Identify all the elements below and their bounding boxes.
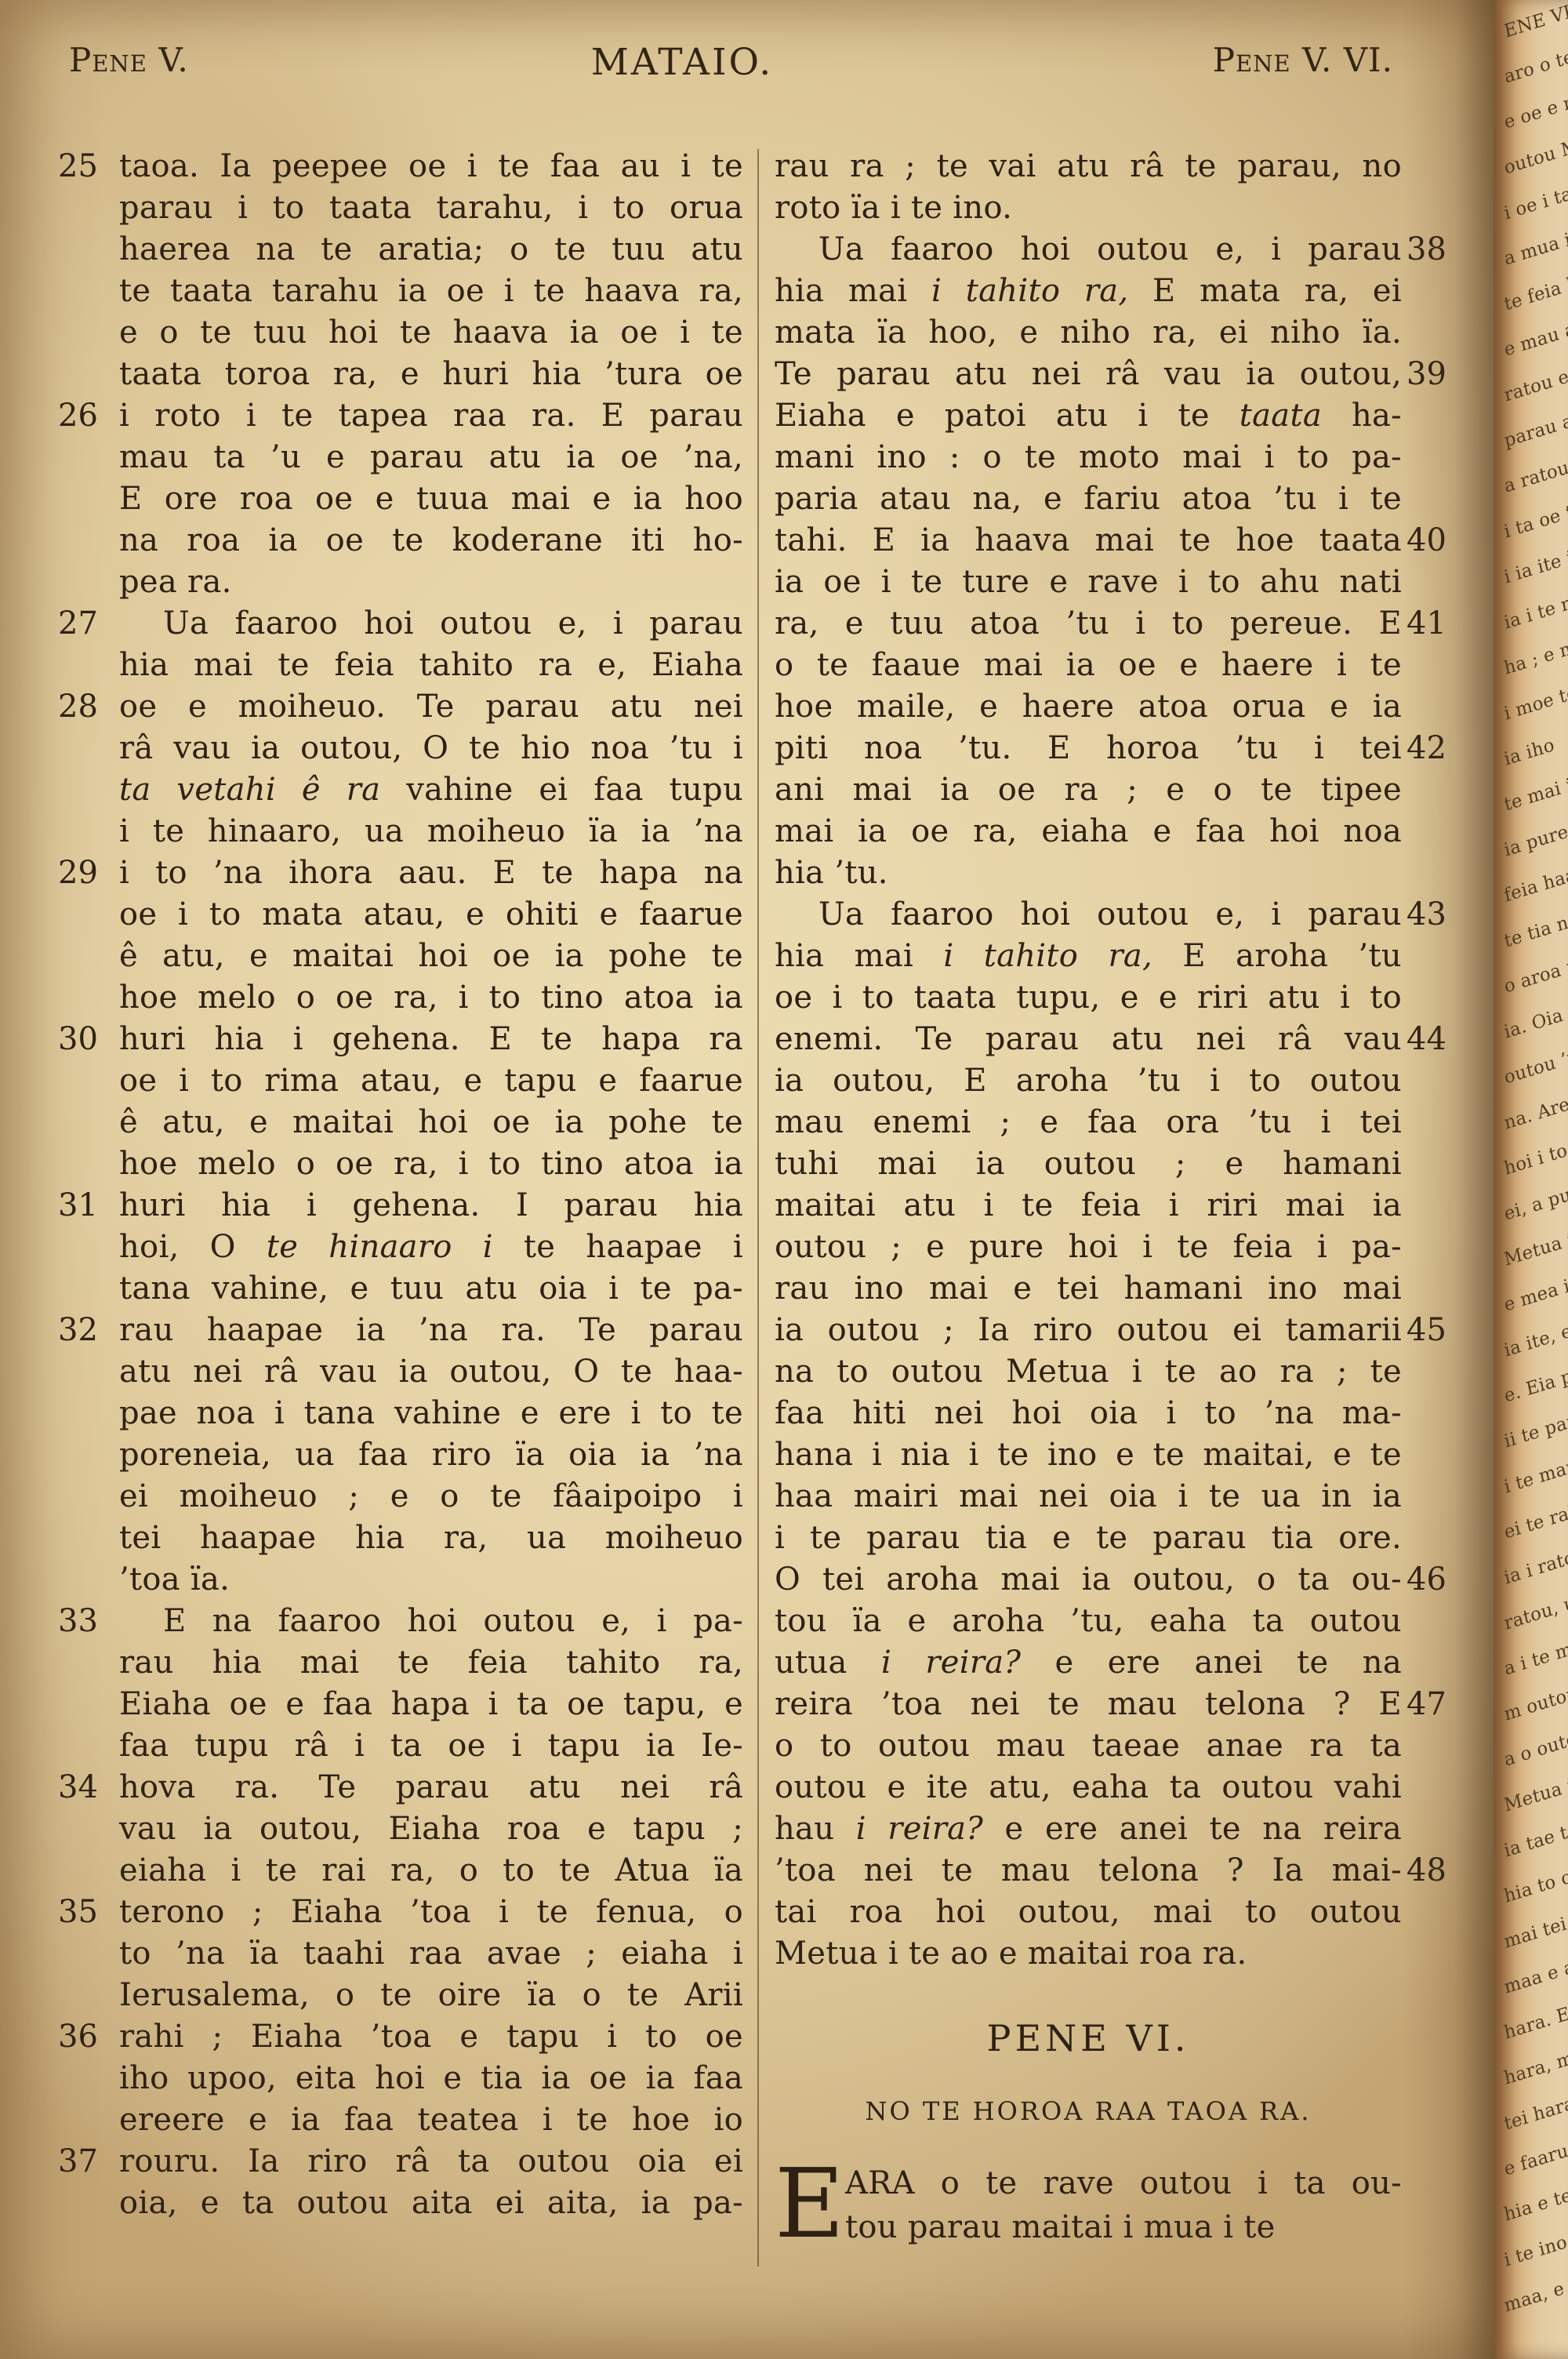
text-run: ia outou, E aroha ’tu i to outou — [775, 1063, 1402, 1099]
text-run: atu nei râ vau ia outou, O te haa- — [119, 1354, 743, 1390]
text-line: hia mai i tahito ra, E mata ra, ei — [775, 271, 1402, 312]
text-run: o te faaue mai ia oe e haere i te — [775, 647, 1402, 683]
edge-text-fragment: ratou e te ta — [1502, 352, 1568, 406]
text-line: 32rau haapae ia ’na ra. Te parau — [119, 1310, 743, 1351]
text-run: utua — [775, 1645, 881, 1681]
edge-text-fragment: te mai ia — [1502, 772, 1568, 816]
edge-text-fragment: ia tae to oe — [1502, 1811, 1568, 1862]
verse-number: 26 — [58, 395, 114, 437]
text-line: mata ïa hoo, e niho ra, ei niho ïa. — [775, 312, 1402, 354]
text-run: ’toa nei te mau telona ? Ia mai- — [775, 1852, 1402, 1888]
text-run: parau i to taata tarahu, i to orua — [119, 190, 743, 226]
text-run: outou e ite atu, eaha ta outou vahi — [775, 1769, 1402, 1805]
text-line: vau ia outou, Eiaha roa e tapu ; — [119, 1808, 743, 1850]
text-line: mau ta ’u e parau atu ia oe ’na, — [119, 437, 743, 478]
text-line: hoe maile, e haere atoa orua e ia — [775, 686, 1402, 728]
edge-text-fragment: ENE VI. — [1502, 0, 1568, 42]
edge-text-fragment: te tia noa — [1502, 906, 1568, 952]
text-line: outou ; e pure hoi i te feia i pa- — [775, 1227, 1402, 1268]
text-run: huri hia i gehena. I parau hia — [119, 1187, 743, 1223]
drop-cap-lines: ARA o te rave outou i ta ou-tou parau ma… — [845, 2161, 1402, 2249]
verse-number: 25 — [58, 146, 114, 187]
text-run: rau ra ; te vai atu râ te parau, no — [775, 148, 1402, 184]
italic-text-run: i tahito ra, — [931, 273, 1128, 309]
text-line: faa hiti nei hoi oia i to ’na ma- — [775, 1393, 1402, 1434]
text-run: rahi ; Eiaha ’toa e tapu i to oe — [119, 2019, 743, 2055]
text-line: hoe melo o oe ra, i to tino atoa ia — [119, 1143, 743, 1185]
edge-text-fragment: outou Metua — [1502, 124, 1568, 179]
text-line: eiaha i te rai ra, o to te Atua ïa — [119, 1850, 743, 1892]
text-run: piti noa ’tu. E horoa ’tu i tei — [775, 730, 1402, 766]
text-run: tuhi mai ia outou ; e hamani — [775, 1146, 1402, 1182]
text-run: o to outou mau taeae anae ra ta — [775, 1728, 1402, 1764]
edge-text-fragment: e mau aroa — [1502, 310, 1568, 361]
text-run: Ua faaroo hoi outou e, i parau — [818, 231, 1402, 267]
text-run: Eiaha oe e faa hapa i ta oe tapu, e — [119, 1686, 743, 1722]
text-line: tuhi mai ia outou ; e hamani — [775, 1143, 1402, 1185]
text-line: rau ino mai e tei hamani ino mai — [775, 1268, 1402, 1310]
text-line: 30huri hia i gehena. E te hapa ra — [119, 1019, 743, 1060]
text-run: pea ra. — [119, 564, 232, 600]
text-line: 39Te parau atu nei râ vau ia outou, — [775, 354, 1402, 395]
text-run: mai ia oe ra, eiaha e faa hoi noa — [775, 813, 1402, 849]
edge-text-fragment: feia haava — [1502, 858, 1568, 906]
text-line: tei haapae hia ra, ua moiheuo — [119, 1518, 743, 1559]
text-run: taata toroa ra, e huri hia ’tura oe — [119, 356, 743, 392]
text-line: 40tahi. E ia haava mai te hoe taata — [775, 520, 1402, 562]
text-line: oe i to mata atau, e ohiti e faarue — [119, 894, 743, 936]
running-head-left: Pene V. — [69, 41, 189, 79]
text-run: rau ino mai e tei hamani ino mai — [775, 1270, 1402, 1307]
text-run: ha- — [1322, 398, 1402, 434]
text-line: poreneia, ua faa riro ïa oia ia ’na — [119, 1434, 743, 1476]
edge-text-fragment: m outou i — [1502, 1679, 1568, 1725]
text-line: parau i to taata tarahu, i to orua — [119, 187, 743, 229]
text-line: haerea na te aratia; o te tuu atu — [119, 229, 743, 271]
italic-text-run: i tahito ra, — [943, 938, 1152, 974]
text-run: enemi. Te parau atu nei râ vau — [775, 1021, 1402, 1057]
text-run: e o te tuu hoi te haava ia oe i te — [119, 314, 743, 351]
text-line: outou e ite atu, eaha ta outou vahi — [775, 1767, 1402, 1808]
text-line: ia oe i te ture e rave i to ahu nati — [775, 562, 1402, 603]
text-line: maitai atu i te feia i riri mai ia — [775, 1185, 1402, 1227]
text-run: Ua faaroo hoi outou e, i parau — [818, 896, 1402, 932]
edge-text-fragment: mai tei te ao — [1502, 1899, 1568, 1953]
text-run: Metua i te ao e maitai roa ra. — [775, 1936, 1247, 1972]
text-line: râ vau ia outou, O te hio noa ’tu i — [119, 728, 743, 769]
edge-text-fragment: ia iho — [1502, 735, 1556, 770]
text-run: reira ’toa nei te mau telona ? E — [775, 1686, 1402, 1722]
text-line: 35terono ; Eiaha ’toa i te fenua, o — [119, 1892, 743, 1933]
text-run: ia outou ; Ia riro outou ei tamarii — [775, 1312, 1402, 1348]
text-line: taata toroa ra, e huri hia ’tura oe — [119, 354, 743, 395]
text-run: Ierusalema, o te oire ïa o te Arii — [119, 1977, 743, 2013]
text-line: i te hinaaro, ua moiheuo ïa ia ’na — [119, 811, 743, 852]
verse-number: 34 — [58, 1767, 114, 1808]
edge-text-fragment: i oe i ta o — [1502, 179, 1568, 224]
text-run: hoe melo o oe ra, i to tino atoa ia — [119, 980, 743, 1016]
text-run: mata ïa hoo, e niho ra, ei niho ïa. — [775, 314, 1402, 351]
text-run: ei moiheuo ; e o te fâaipoipo i — [119, 1478, 743, 1514]
text-run: oe i to taata tupu, e e riri atu i to — [775, 980, 1402, 1016]
text-line: o te faaue mai ia oe e haere i te — [775, 645, 1402, 686]
text-run: hoe melo o oe ra, i to tino atoa ia — [119, 1146, 743, 1182]
edge-text-fragment: parau atu ia — [1502, 398, 1568, 452]
text-run: taoa. Ia peepee oe i te faa au i te — [119, 148, 743, 184]
text-run: ê atu, e maitai hoi oe ia pohe te — [119, 1104, 743, 1140]
text-line: pea ra. — [119, 562, 743, 603]
verse-number: 35 — [58, 1892, 114, 1933]
edge-text-fragment: i te ino. N — [1502, 2224, 1568, 2271]
edge-text-fragment: ia. Oia n — [1502, 1000, 1568, 1043]
text-run: ra, e tuu atoa ’tu i to pereue. E — [775, 605, 1402, 642]
text-line: pae noa i tana vahine e ere i to te — [119, 1393, 743, 1434]
text-line: Ierusalema, o te oire ïa o te Arii — [119, 1975, 743, 2016]
text-run: hia ’tu. — [775, 855, 888, 891]
text-run: Ua faaroo hoi outou e, i parau — [163, 605, 743, 642]
running-head-title: MATAIO. — [549, 41, 815, 84]
edge-text-fragment: i ta oe taoa — [1502, 492, 1568, 543]
text-run: tou parau maitai i mua i te — [845, 2209, 1276, 2245]
text-run: i te hinaaro, ua moiheuo ïa ia ’na — [119, 813, 743, 849]
text-line: oe i to taata tupu, e e riri atu i to — [775, 977, 1402, 1019]
text-line: Metua i te ao e maitai roa ra. — [775, 1933, 1402, 1975]
edge-text-fragment: ia i ratou, — [1502, 1542, 1568, 1589]
edge-text-fragment: i ia ite i te — [1502, 540, 1568, 588]
text-line: ARA o te rave outou i ta ou- — [845, 2161, 1402, 2205]
text-line: 25taoa. Ia peepee oe i te faa au i te — [119, 146, 743, 187]
text-line: oe i to rima atau, e tapu e faarue — [119, 1060, 743, 1102]
edge-text-fragment: o aroa ra, — [1502, 951, 1568, 997]
edge-text-fragment: e mea ia ’n — [1502, 1266, 1568, 1316]
curled-next-page: ENE VI.aro o te taate oe e noaaoutou Met… — [1494, 0, 1568, 2359]
text-run: ARA o te rave outou i ta ou- — [845, 2165, 1402, 2201]
edge-text-fragment: hia to oe hi — [1502, 1856, 1568, 1907]
text-line: ’toa ïa. — [119, 1559, 743, 1601]
text-line: 43Ua faaroo hoi outou e, i parau — [775, 894, 1402, 936]
text-run: oe i to rima atau, e tapu e faarue — [119, 1063, 743, 1099]
right-column-lines: rau ra ; te vai atu râ te parau, noroto … — [775, 146, 1402, 1975]
edge-text-fragment: i te mau E — [1502, 1449, 1568, 1497]
text-run: tai roa hoi outou, mai to outou — [775, 1894, 1402, 1930]
edge-text-fragment: ia pure h — [1502, 816, 1568, 861]
text-line: haa mairi mai nei oia i te ua in ia — [775, 1476, 1402, 1518]
text-line: utua i reira? e ere anei te na — [775, 1642, 1402, 1684]
text-line: na to outou Metua i te ao ra ; te — [775, 1351, 1402, 1393]
text-line: 41ra, e tuu atoa ’tu i to pereue. E — [775, 603, 1402, 645]
text-run: faa tupu râ i ta oe i tapu ia Ie- — [119, 1728, 743, 1764]
text-run: e ere anei te na reira — [983, 1811, 1402, 1847]
text-line: hoe melo o oe ra, i to tino atoa ia — [119, 977, 743, 1019]
edge-text-fragment: maa e au ia — [1502, 1946, 1568, 1998]
text-line: paria atau na, e fariu atoa ’tu i te — [775, 478, 1402, 520]
verse-number: 28 — [58, 686, 114, 728]
verse-number: 37 — [58, 2141, 114, 2183]
text-line: te taata tarahu ia oe i te haava ra, — [119, 271, 743, 312]
text-run: to ’na ïa taahi raa avae ; eiaha i — [119, 1936, 743, 1972]
text-run: mau ta ’u e parau atu ia oe ’na, — [119, 439, 743, 475]
text-run: iho upoo, eita hoi e tia ia oe ia faa — [119, 2060, 743, 2096]
text-run: hia mai te feia tahito ra e, Eiaha — [119, 647, 743, 683]
edge-text-fragment: hoi i to pih — [1502, 1130, 1568, 1179]
verse-number: 36 — [58, 2016, 114, 2058]
edge-text-fragment: ha ; e m — [1502, 637, 1568, 679]
text-run: te taata tarahu ia oe i te haava ra, — [119, 273, 743, 309]
text-line: ê atu, e maitai hoi oe ia pohe te — [119, 936, 743, 977]
text-run: i te parau tia e te parau tia ore. — [775, 1520, 1402, 1556]
edge-text-fragment: maa, e te h — [1502, 2266, 1568, 2316]
column-divider-rule — [757, 149, 759, 2266]
text-run: mau enemi ; e faa ora ’tu i tei — [775, 1104, 1402, 1140]
text-run: huri hia i gehena. E te hapa ra — [119, 1021, 743, 1057]
text-line: 45ia outou ; Ia riro outou ei tamarii — [775, 1310, 1402, 1351]
spine-shadow — [1403, 0, 1497, 2359]
text-run: te haapae i — [493, 1229, 743, 1265]
text-line: e o te tuu hoi te haava ia oe i te — [119, 312, 743, 354]
running-head-right: Pene V. VI. — [1213, 41, 1393, 79]
edge-text-fragment: a i te mau — [1502, 1632, 1568, 1679]
text-line: tou ïa e aroha ’tu, eaha ta outou — [775, 1601, 1402, 1642]
text-run: mani ino : o te moto mai i to pa- — [775, 439, 1402, 475]
text-run: tahi. E ia haava mai te hoe taata — [775, 522, 1402, 558]
text-run: E ore roa oe e tuua mai e ia hoo — [119, 481, 743, 517]
text-run: e ere anei te na — [1021, 1645, 1402, 1681]
text-run: hia mai — [775, 273, 931, 309]
text-run: hia mai — [775, 938, 943, 974]
edge-text-fragment: outou ’na, — [1502, 1041, 1568, 1089]
text-run: eiaha i te rai ra, o to te Atua ïa — [119, 1852, 743, 1888]
text-run: oe e moiheuo. Te parau atu nei — [119, 689, 743, 725]
text-line: rau ra ; te vai atu râ te parau, no — [775, 146, 1402, 187]
text-run: rau haapae ia ’na ra. Te parau — [119, 1312, 743, 1348]
text-line: hia mai te feia tahito ra e, Eiaha — [119, 645, 743, 686]
verse-number: 31 — [58, 1185, 114, 1227]
drop-cap-letter: E — [775, 2163, 844, 2245]
edge-text-fragment: ratou, ua i — [1502, 1586, 1568, 1634]
text-run: hoe maile, e haere atoa orua e ia — [775, 689, 1402, 725]
text-line: na roa ia oe te koderane iti ho- — [119, 520, 743, 562]
edge-text-fragment: i moe te — [1502, 682, 1568, 725]
text-run: hoi, O — [119, 1229, 267, 1265]
text-line: ê atu, e maitai hoi oe ia pohe te — [119, 1102, 743, 1143]
text-line: tou parau maitai i mua i te — [845, 2205, 1402, 2249]
text-line: hana i nia i te ino e te maitai, e te — [775, 1434, 1402, 1476]
text-line: atu nei râ vau ia outou, O te haa- — [119, 1351, 743, 1393]
text-run: na roa ia oe te koderane iti ho- — [119, 522, 743, 558]
text-line: 44enemi. Te parau atu nei râ vau — [775, 1019, 1402, 1060]
text-line: tai roa hoi outou, mai to outou — [775, 1892, 1402, 1933]
text-line: 46O tei aroha mai ia outou, o ta ou- — [775, 1559, 1402, 1601]
text-run: vahine ei faa tupu — [380, 772, 743, 808]
text-run: E na faaroo hoi outou e, i pa- — [163, 1603, 743, 1639]
text-line: oia, e ta outou aita ei aita, ia pa- — [119, 2183, 743, 2224]
chapter-heading: PENE VI. — [775, 2014, 1402, 2063]
italic-text-run: taata — [1240, 398, 1322, 434]
text-run: oe i to mata atau, e ohiti e faarue — [119, 896, 743, 932]
text-run: tana vahine, e tuu atu oia i te pa- — [119, 1270, 743, 1307]
text-line: 31huri hia i gehena. I parau hia — [119, 1185, 743, 1227]
text-run: maitai atu i te feia i riri mai ia — [775, 1187, 1402, 1223]
edge-text-fragment: e faarue ia — [1502, 2131, 1568, 2180]
italic-text-run: i reira? — [881, 1645, 1021, 1681]
drop-cap-paragraph: E ARA o te rave outou i ta ou-tou parau … — [775, 2161, 1402, 2249]
edge-text-fragment: te feia haava — [1502, 260, 1568, 314]
edge-text-fragment: hia e te ati, — [1502, 2175, 1568, 2226]
edge-text-fragment: a ratou utua — [1502, 443, 1568, 497]
text-run: i to ’na ihora aau. E te hapa na — [119, 855, 743, 891]
edge-text-fragment: hara. E fa — [1502, 1997, 1568, 2044]
verse-number: 29 — [58, 852, 114, 894]
text-line: to ’na ïa taahi raa avae ; eiaha i — [119, 1933, 743, 1975]
text-run: poreneia, ua faa riro ïa oia ia ’na — [119, 1437, 743, 1473]
italic-text-run: i reira? — [856, 1811, 983, 1847]
text-run: tou ïa e aroha ’tu, eaha ta outou — [775, 1603, 1402, 1639]
text-line: 36rahi ; Eiaha ’toa e tapu i to oe — [119, 2016, 743, 2058]
text-run: oia, e ta outou aita ei aita, ia pa- — [119, 2185, 743, 2221]
edge-text-fragment: ei te rahi — [1502, 1499, 1568, 1543]
edge-text-fragment: Metua i te a — [1502, 1763, 1568, 1816]
text-line: Eiaha oe e faa hapa i ta oe tapu, e — [119, 1684, 743, 1725]
text-run: outou ; e pure hoi i te feia i pa- — [775, 1229, 1402, 1265]
text-run: O tei aroha mai ia outou, o ta ou- — [775, 1561, 1402, 1598]
text-run: ê atu, e maitai hoi oe ia pohe te — [119, 938, 743, 974]
text-line: 37rouru. Ia riro râ ta outou oia ei — [119, 2141, 743, 2183]
text-line: 29i to ’na ihora aau. E te hapa na — [119, 852, 743, 894]
text-run: ani mai ia oe ra ; e o te tipee — [775, 772, 1402, 808]
text-line: faa tupu râ i ta oe i tapu ia Ie- — [119, 1725, 743, 1767]
text-run: rau hia mai te feia tahito ra, — [119, 1645, 743, 1681]
text-run: hova ra. Te parau atu nei râ — [119, 1769, 743, 1805]
text-run: ereere e ia faa teatea i te hoe io — [119, 2102, 743, 2138]
book-page: Pene V. MATAIO. Pene V. VI. 25taoa. Ia p… — [0, 0, 1494, 2359]
edge-text-fragment: ia ite, e fa — [1502, 1314, 1568, 1361]
text-run: E mata ra, ei — [1128, 273, 1402, 309]
text-line: ei moiheuo ; e o te fâaipoipo i — [119, 1476, 743, 1518]
text-run: E aroha ’tu — [1152, 938, 1402, 974]
verse-number: 32 — [58, 1310, 114, 1351]
italic-text-run: ta vetahi ê ra — [119, 772, 380, 808]
edge-text-fragment: e. Eia pu — [1502, 1362, 1568, 1406]
text-run: ia oe i te ture e rave i to ahu nati — [775, 564, 1402, 600]
edge-text-fragment: aro o te taat — [1502, 34, 1568, 88]
text-line: hau i reira? e ere anei te na reira — [775, 1808, 1402, 1850]
text-line: 34hova ra. Te parau atu nei râ — [119, 1767, 743, 1808]
text-line: 38Ua faaroo hoi outou e, i parau — [775, 229, 1402, 271]
text-run: haa mairi mai nei oia i te ua in ia — [775, 1478, 1402, 1514]
edge-text-fragment: a mua i te f — [1502, 219, 1568, 270]
edge-text-fragment: ii te parau — [1502, 1404, 1568, 1452]
text-line: 26i roto i te tapea raa ra. E parau — [119, 395, 743, 437]
text-run: ’toa ïa. — [119, 1561, 230, 1598]
verse-number: 30 — [58, 1019, 114, 1060]
text-line: 48’toa nei te mau telona ? Ia mai- — [775, 1850, 1402, 1892]
text-line: rau hia mai te feia tahito ra, — [119, 1642, 743, 1684]
edge-text-fragment: e oe e noaa — [1502, 82, 1568, 133]
verse-number: 33 — [58, 1601, 114, 1642]
text-run: terono ; Eiaha ’toa i te fenua, o — [119, 1894, 743, 1930]
text-run: rouru. Ia riro râ ta outou oia ei — [119, 2143, 743, 2179]
text-column-left: 25taoa. Ia peepee oe i te faa au i tepar… — [119, 146, 743, 2224]
text-line: 47reira ’toa nei te mau telona ? E — [775, 1684, 1402, 1725]
text-run: i roto i te tapea raa ra. E parau — [119, 398, 743, 434]
text-run: hau — [775, 1811, 856, 1847]
text-run: râ vau ia outou, O te hio noa ’tu i — [119, 730, 743, 766]
text-run: Eiaha e patoi atu i te — [775, 398, 1240, 434]
text-run: paria atau na, e fariu atoa ’tu i te — [775, 481, 1402, 517]
edge-text-fragment: na. Area — [1502, 1091, 1568, 1134]
text-line: iho upoo, eita hoi e tia ia oe ia faa — [119, 2058, 743, 2099]
text-line: ani mai ia oe ra ; e o te tipee — [775, 769, 1402, 811]
text-run: haerea na te aratia; o te tuu atu — [119, 231, 743, 267]
text-run: vau ia outou, Eiaha roa e tapu ; — [119, 1811, 743, 1847]
text-run: roto ïa i te ino. — [775, 190, 1012, 226]
text-line: 33E na faaroo hoi outou e, i pa- — [119, 1601, 743, 1642]
text-line: 28oe e moiheuo. Te parau atu nei — [119, 686, 743, 728]
italic-text-run: te hinaaro i — [267, 1229, 493, 1265]
text-line: tana vahine, e tuu atu oia i te pa- — [119, 1268, 743, 1310]
text-line: 27Ua faaroo hoi outou e, i parau — [119, 603, 743, 645]
edge-text-fragment: tei hara ia — [1502, 2086, 1568, 2134]
edge-text-fragment: ia i te moe — [1502, 584, 1568, 633]
text-line: ta vetahi ê ra vahine ei faa tupu — [119, 769, 743, 811]
text-line: 42piti noa ’tu. E horoa ’tu i tei — [775, 728, 1402, 769]
text-line: E ore roa oe e tuua mai e ia hoo — [119, 478, 743, 520]
text-run: faa hiti nei hoi oia i to ’na ma- — [775, 1395, 1402, 1431]
text-run: Te parau atu nei râ vau ia outou, — [775, 356, 1402, 392]
edge-text-fragment: a o outou — [1502, 1725, 1568, 1771]
edge-text-fragment: hara, mai ia — [1502, 2037, 1568, 2089]
text-line: mai ia oe ra, eiaha e faa hoi noa — [775, 811, 1402, 852]
edge-text-fragment: Metua iho, — [1502, 1221, 1568, 1270]
book-scan: { "page": { "header": { "left": "Pene V.… — [0, 0, 1568, 2359]
text-run: tei haapae hia ra, ua moiheuo — [119, 1520, 743, 1556]
text-line: hia ’tu. — [775, 852, 1402, 894]
text-line: mau enemi ; e faa ora ’tu i tei — [775, 1102, 1402, 1143]
text-column-right: rau ra ; te vai atu râ te parau, noroto … — [775, 146, 1402, 2249]
text-line: i te parau tia e te parau tia ore. — [775, 1518, 1402, 1559]
edge-text-fragment: ei, a pure — [1502, 1179, 1568, 1225]
verse-number: 27 — [58, 603, 114, 645]
text-line: o to outou mau taeae anae ra ta — [775, 1725, 1402, 1767]
text-line: hia mai i tahito ra, E aroha ’tu — [775, 936, 1402, 977]
text-run: pae noa i tana vahine e ere i to te — [119, 1395, 743, 1431]
text-line: ia outou, E aroha ’tu i to outou — [775, 1060, 1402, 1102]
text-run: na to outou Metua i te ao ra ; te — [775, 1354, 1402, 1390]
text-line: mani ino : o te moto mai i to pa- — [775, 437, 1402, 478]
text-run: hana i nia i te ino e te maitai, e te — [775, 1437, 1402, 1473]
text-line: hoi, O te hinaaro i te haapae i — [119, 1227, 743, 1268]
chapter-subheading: NO TE HOROA RAA TAOA RA. — [775, 2094, 1402, 2128]
text-line: Eiaha e patoi atu i te taata ha- — [775, 395, 1402, 437]
text-line: roto ïa i te ino. — [775, 187, 1402, 229]
text-line: ereere e ia faa teatea i te hoe io — [119, 2099, 743, 2141]
